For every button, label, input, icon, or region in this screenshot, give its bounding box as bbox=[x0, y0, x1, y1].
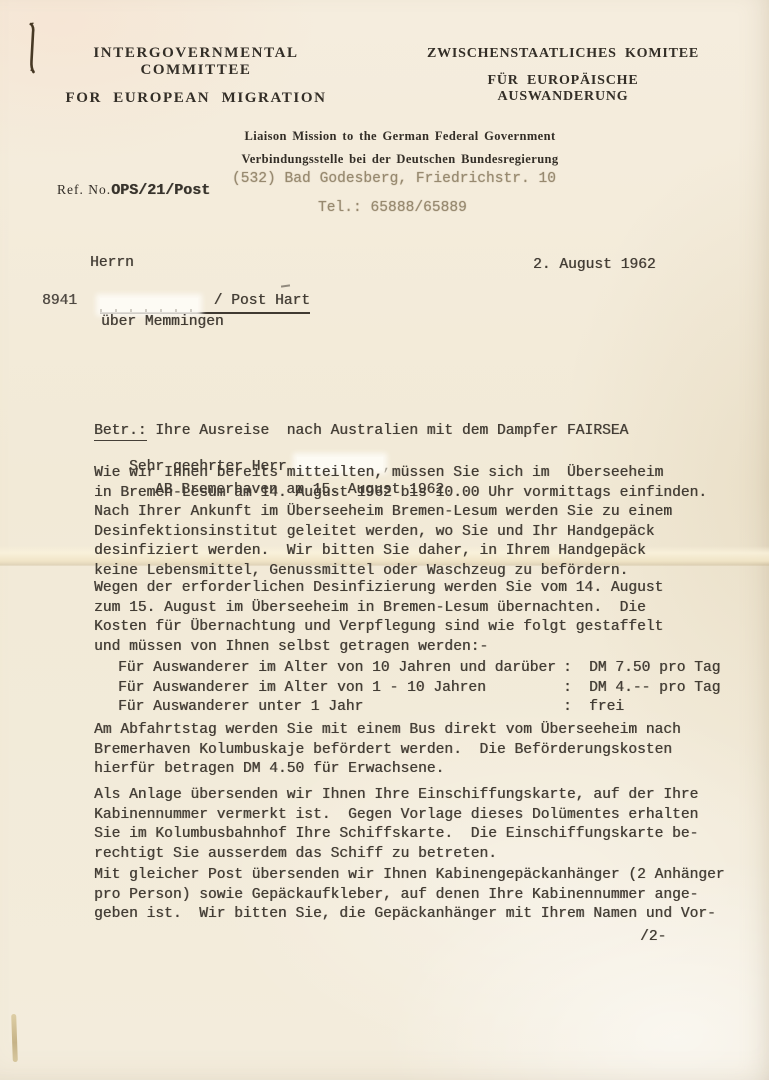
text-line: Wegen der erforderlichen Desinfizierung … bbox=[94, 579, 663, 599]
text-line: Kabinennummer vermerkt ist. Gegen Vorlag… bbox=[94, 806, 698, 826]
recipient-herrn: Herrn bbox=[90, 254, 134, 274]
margin-number: 8941 bbox=[42, 292, 77, 312]
paragraph-3: Am Abfahrtstag werden Sie mit einem Bus … bbox=[94, 721, 681, 780]
reference-value: OPS/21/Post bbox=[111, 182, 210, 199]
letter-date: 2. August 1962 bbox=[533, 256, 656, 276]
fee-value: DM 4.-- pro Tag bbox=[589, 679, 720, 699]
text-line: geben ist. Wir bitten Sie, die Gepäckanh… bbox=[94, 905, 725, 925]
text-line: Als Anlage übersenden wir Ihnen Ihre Ein… bbox=[94, 786, 698, 806]
paragraph-1: Wie wir Ihnen bereits mitteilten, müssen… bbox=[94, 464, 707, 582]
office-address: (532) Bad Godesberg, Friedrichstr. 10 bbox=[232, 170, 556, 190]
text-line: Am Abfahrtstag werden Sie mit einem Bus … bbox=[94, 721, 681, 741]
text-line: rechtigt Sie ausserdem das Schiff zu bet… bbox=[94, 845, 698, 865]
text-line: Kosten für Übernachtung und Verpflegung … bbox=[94, 618, 663, 638]
fee-value: frei bbox=[589, 698, 624, 718]
text-line: und müssen von Ihnen selbst getragen wer… bbox=[94, 638, 663, 658]
text-line: zum 15. August im Überseeheim in Bremen-… bbox=[94, 599, 663, 619]
text-line: in Bremen-Lesum am 14. August 1962 bis 1… bbox=[94, 484, 707, 504]
fee-row: Für Auswanderer im Alter von 1 - 10 Jahr… bbox=[118, 679, 720, 699]
mission-line1: Liaison Mission to the German Federal Go… bbox=[120, 125, 680, 148]
fee-colon: : bbox=[563, 698, 589, 718]
reference-row: Ref. No.OPS/21/Post bbox=[57, 181, 210, 201]
org-de-line1: ZWISCHENSTAATLICHES KOMITEE bbox=[420, 46, 706, 62]
org-en-line2: FOR EUROPEAN MIGRATION bbox=[40, 90, 352, 107]
org-name-german: ZWISCHENSTAATLICHES KOMITEE FÜR EUROPÄIS… bbox=[420, 46, 706, 105]
office-phone: Tel.: 65888/65889 bbox=[318, 199, 467, 219]
recipient-name-suffix: / Post Hart bbox=[214, 292, 310, 312]
fee-label: Für Auswanderer im Alter von 10 Jahren u… bbox=[118, 659, 563, 679]
paragraph-4: Als Anlage übersenden wir Ihnen Ihre Ein… bbox=[94, 786, 698, 864]
fee-colon: : bbox=[563, 679, 589, 699]
text-line: Sie im Kolumbusbahnhof Ihre Schiffskarte… bbox=[94, 825, 698, 845]
text-line: desinfiziert werden. Wir bitten Sie dahe… bbox=[94, 542, 707, 562]
text-line: Desinfektionsinstitut geleitet werden, w… bbox=[94, 523, 707, 543]
page-marker: /2- bbox=[640, 928, 666, 948]
fee-row: Für Auswanderer im Alter von 10 Jahren u… bbox=[118, 659, 720, 679]
mission-lines: Liaison Mission to the German Federal Go… bbox=[120, 125, 680, 170]
text-line: Wie wir Ihnen bereits mitteilten, müssen… bbox=[94, 464, 707, 484]
staple-icon bbox=[25, 21, 37, 80]
text-line: hierfür betragen DM 4.50 für Erwachsene. bbox=[94, 760, 681, 780]
redacted-name bbox=[100, 298, 198, 312]
text-line: pro Person) sowie Gepäckaufkleber, auf d… bbox=[94, 886, 725, 906]
fee-label: Für Auswanderer unter 1 Jahr bbox=[118, 698, 563, 718]
recipient-name-row: / Post Hart bbox=[100, 291, 310, 314]
recipient-locality: über Memmingen bbox=[101, 313, 224, 333]
letter-page: INTERGOVERNMENTAL COMMITTEE FOR EUROPEAN… bbox=[0, 0, 769, 1080]
fee-colon: : bbox=[563, 659, 589, 679]
text-line: Nach Ihrer Ankunft im Überseeheim Bremen… bbox=[94, 503, 707, 523]
mission-line2: Verbindungsstelle bei der Deutschen Bund… bbox=[120, 148, 680, 171]
tape-residue-mark bbox=[11, 1014, 18, 1062]
fee-row: Für Auswanderer unter 1 Jahr:frei bbox=[118, 698, 720, 718]
reference-label: Ref. No. bbox=[57, 182, 111, 197]
paragraph-5: Mit gleicher Post übersenden wir Ihnen K… bbox=[94, 866, 725, 925]
org-de-line2: FÜR EUROPÄISCHE AUSWANDERUNG bbox=[420, 73, 706, 105]
paragraph-2: Wegen der erforderlichen Desinfizierung … bbox=[94, 579, 663, 657]
org-name-english: INTERGOVERNMENTAL COMMITTEE FOR EUROPEAN… bbox=[40, 45, 352, 107]
text-line: Bremerhaven Kolumbuskaje befördert werde… bbox=[94, 741, 681, 761]
org-en-line1: INTERGOVERNMENTAL COMMITTEE bbox=[40, 45, 352, 79]
fee-value: DM 7.50 pro Tag bbox=[589, 659, 720, 679]
fees-table: Für Auswanderer im Alter von 10 Jahren u… bbox=[118, 659, 720, 718]
fee-label: Für Auswanderer im Alter von 1 - 10 Jahr… bbox=[118, 679, 563, 699]
text-line: Mit gleicher Post übersenden wir Ihnen K… bbox=[94, 866, 725, 886]
pencil-mark bbox=[281, 284, 290, 287]
